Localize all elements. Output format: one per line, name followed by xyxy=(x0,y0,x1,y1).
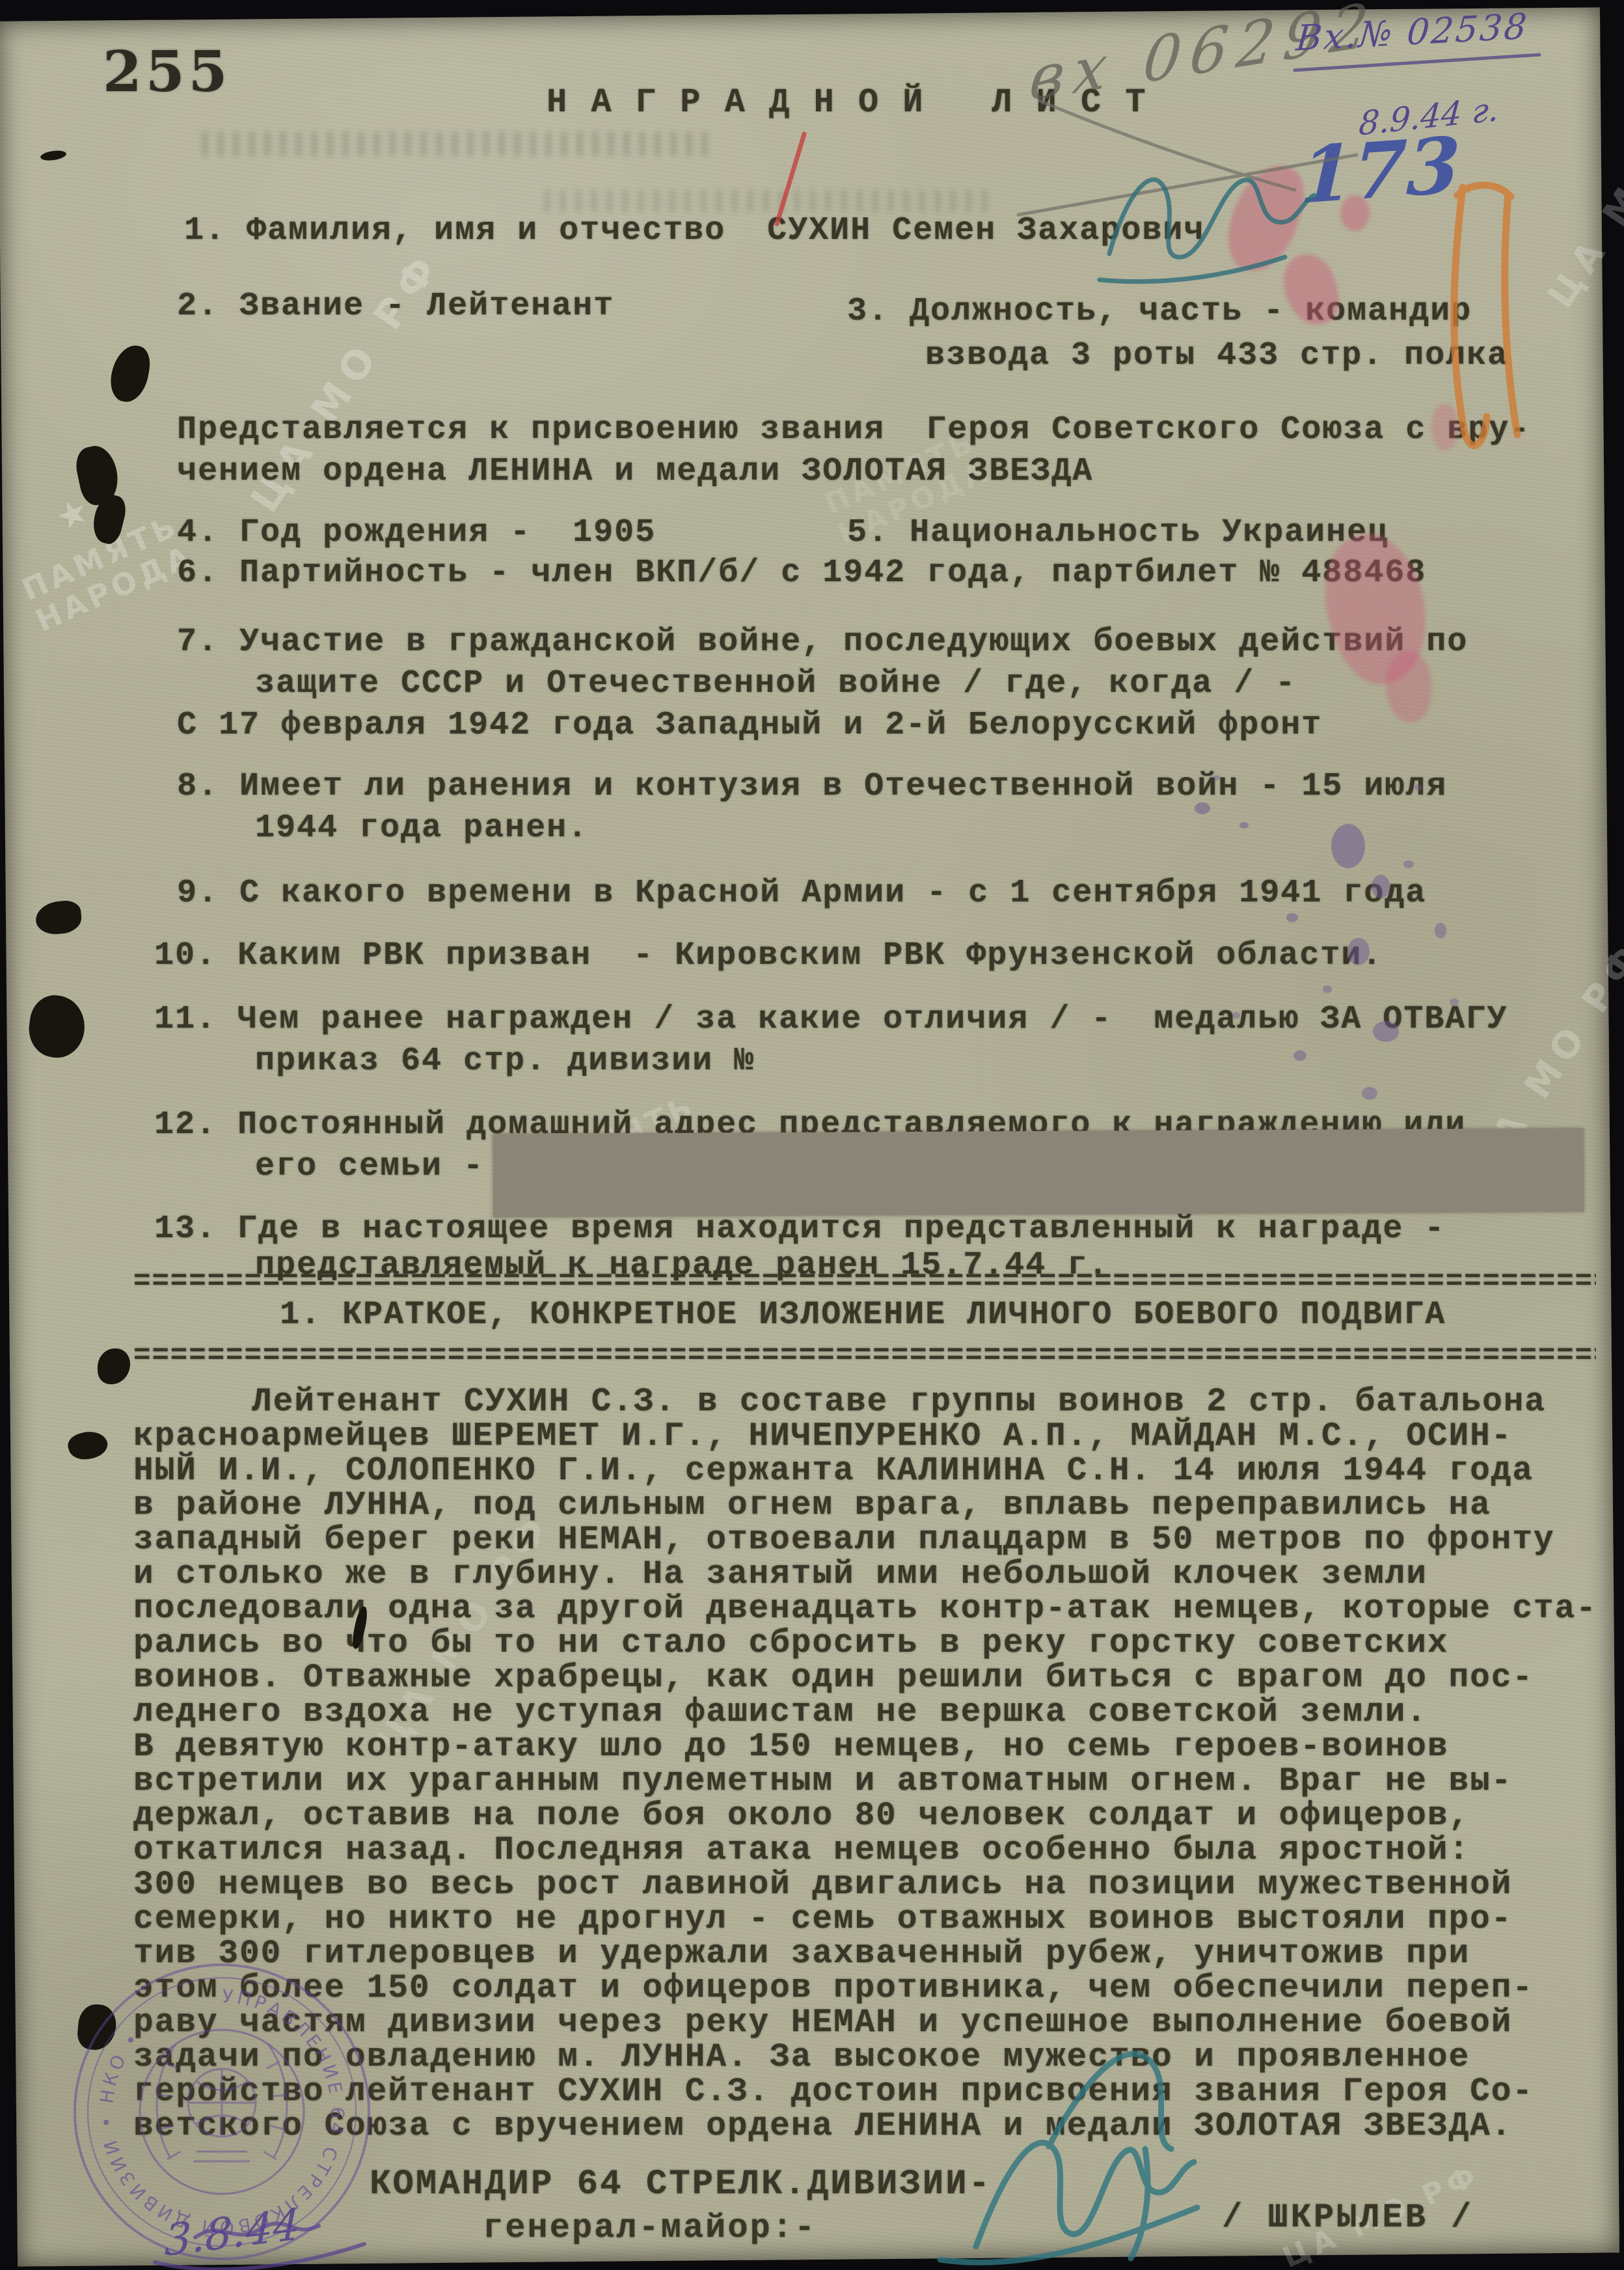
form-line: 1944 года ранен. xyxy=(255,810,588,847)
form-line: чением ордена ЛЕНИНА и медали ЗОЛОТАЯ ЗВ… xyxy=(177,453,1093,490)
story-line: воинов. Отважные храбрецы, как один реши… xyxy=(133,1661,1604,1695)
commander-title-line: КОМАНДИР 64 СТРЕЛК.ДИВИЗИИ- xyxy=(370,2165,992,2204)
story-line: В девятую контр-атаку шло до 150 немцев,… xyxy=(133,1730,1604,1764)
separator-line: ========================================… xyxy=(133,1339,1596,1372)
separator-line: ========================================… xyxy=(133,1265,1596,1298)
commander-rank-line: генерал-майор:- xyxy=(483,2209,817,2247)
story-line: раву частям дивизии через реку НЕМАН и у… xyxy=(133,2006,1604,2040)
form-line: 2. Звание - Лейтенант xyxy=(177,288,614,325)
form-line: его семьи - xyxy=(255,1148,484,1185)
story-line: ветского Союза с вручением ордена ЛЕНИНА… xyxy=(133,2109,1604,2144)
form-line: 13. Где в настоящее время находится пред… xyxy=(154,1210,1445,1248)
pink-stamp-stain xyxy=(1386,651,1431,722)
ghost-text-smudge xyxy=(544,190,993,212)
pink-stamp-stain xyxy=(1340,195,1370,231)
form-line: 4. Год рождения - 1905 xyxy=(177,514,656,551)
ghost-text-smudge xyxy=(202,131,709,156)
story-line: семерки, но никто не дрогнул - семь отва… xyxy=(133,1902,1604,1937)
story-line: встретили их ураганным пулеметным и авто… xyxy=(133,1764,1604,1799)
story-line: откатился назад. Последняя атака немцев … xyxy=(133,1833,1604,1868)
story-line: держал, оставив на поле боя около 80 чел… xyxy=(133,1799,1604,1833)
form-line: 3. Должность, часть - командир xyxy=(847,293,1472,330)
story-line: НЫЙ И.И., СОЛОПЕНКО Г.И., сержанта КАЛИН… xyxy=(133,1454,1604,1488)
commander-name: / ШКРЫЛЕВ / xyxy=(1222,2198,1474,2237)
story-line: 300 немцев во весь рост лавиной двигалис… xyxy=(133,1868,1604,1902)
story-line: в районе ЛУННА, под сильным огнем врага,… xyxy=(133,1488,1604,1523)
form-line: 1. Фамилия, имя и отчество СУХИН Семен З… xyxy=(184,212,1204,249)
redaction-box xyxy=(493,1128,1584,1218)
form-line: 6. Партийность - член ВКП/б/ с 1942 года… xyxy=(177,554,1426,592)
story-line: Лейтенант СУХИН С.З. в составе группы во… xyxy=(133,1385,1604,1419)
form-line: Представляется к присвоению звания Героя… xyxy=(177,411,1530,448)
story-line: геройство лейтенант СУХИН С.З. достоин п… xyxy=(133,2075,1604,2109)
form-line: С 17 февраля 1942 года Западный и 2-й Бе… xyxy=(177,707,1322,744)
form-line: защите СССР и Отечественной войне / где,… xyxy=(255,665,1296,702)
archive-page-number: 255 xyxy=(103,39,232,105)
story-line: задачи по овладению м. ЛУННА. За высокое… xyxy=(133,2040,1604,2075)
story-line: красноармейцев ШЕРЕМЕТ И.Г., НИЧЕПУРЕНКО… xyxy=(133,1419,1604,1454)
blue-page-number: 173 xyxy=(1299,119,1462,221)
story-line: этом более 150 солдат и офицеров противн… xyxy=(133,1971,1604,2006)
story-line: последовали одна за другой двенадцать ко… xyxy=(133,1592,1604,1626)
form-line: 10. Каким РВК призван - Кировским РВК Фр… xyxy=(154,937,1383,974)
form-line: 7. Участие в гражданской войне, последую… xyxy=(177,623,1468,661)
citation-paragraph: Лейтенант СУХИН С.З. в составе группы во… xyxy=(133,1385,1604,2144)
story-line: и столько же в глубину. На занятый ими н… xyxy=(133,1557,1604,1592)
form-line: 11. Чем ранее награжден / за какие отлич… xyxy=(154,1001,1508,1038)
story-line: тив 300 гитлеровцев и удержали захваченн… xyxy=(133,1937,1604,1971)
section-heading: 1. КРАТКОЕ, КОНКРЕТНОЕ ИЗЛОЖЕНИЕ ЛИЧНОГО… xyxy=(280,1296,1446,1333)
form-line: приказ 64 стр. дивизии № xyxy=(255,1043,755,1080)
scanned-award-document-page: ЦА МО РФ ★ ПАМЯТЬ НАРОДА ПАМЯТЬ НАРОДА Ц… xyxy=(0,0,1624,2270)
story-line: леднего вздоха не уступая фашистам не ве… xyxy=(133,1695,1604,1730)
pink-stamp-stain xyxy=(1431,403,1459,450)
form-line: взвода 3 роты 433 стр. полка xyxy=(925,337,1508,374)
form-line: 8. Имеет ли ранения и контузия в Отечест… xyxy=(177,768,1447,805)
form-line: 9. С какого времени в Красной Армии - с … xyxy=(177,875,1426,912)
story-line: западный берег реки НЕМАН, отвоевали пла… xyxy=(133,1523,1604,1557)
form-line: 5. Национальность Украинец xyxy=(847,514,1388,551)
